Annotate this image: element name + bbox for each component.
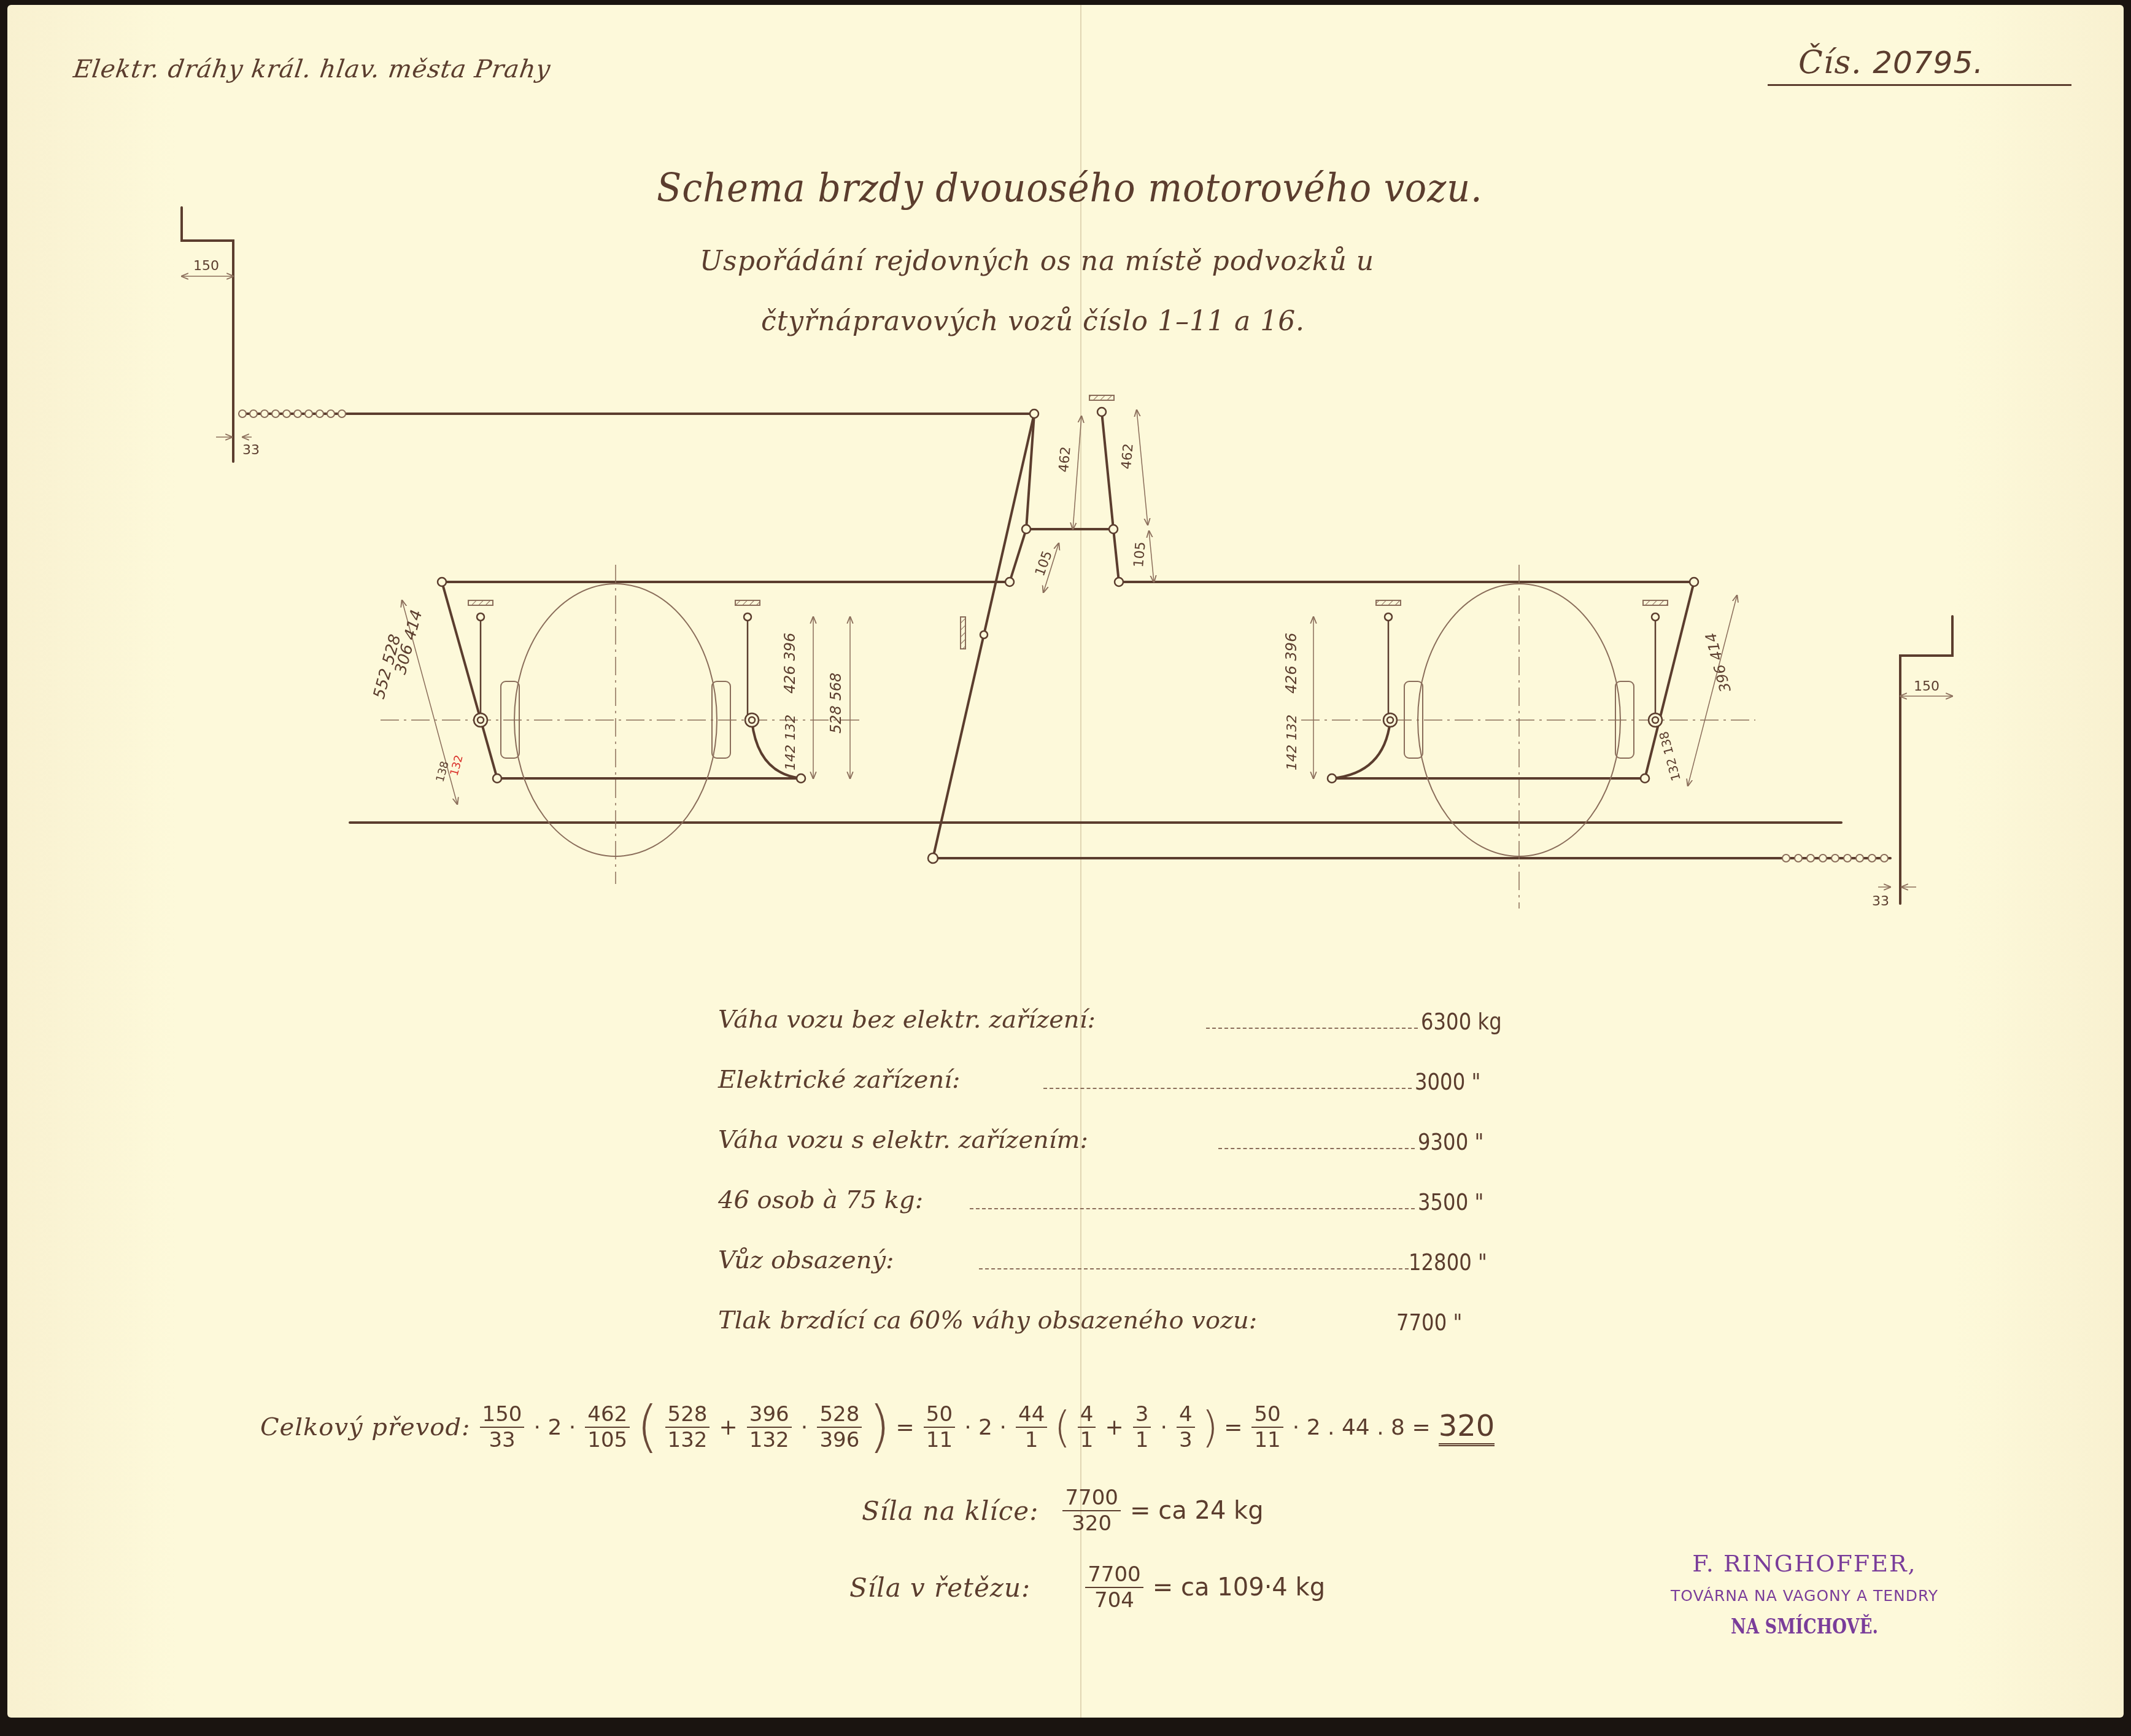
weight-row: Vůz obsazený: 12800 ": [718, 1241, 1528, 1301]
leader-dots: [1206, 1028, 1418, 1029]
fraction: 7700704: [1085, 1562, 1143, 1613]
fraction: 528132: [665, 1402, 710, 1452]
dim-150-right: 150: [1914, 679, 1940, 694]
weight-label: Váha vozu bez elektr. zařízení:: [718, 1006, 1096, 1034]
weight-label: Tlak brzdící ca 60% váhy obsazeného vozu…: [718, 1306, 1257, 1335]
force-label: Síla na klíce:: [862, 1496, 1038, 1526]
svg-text:426 396: 426 396: [781, 633, 799, 694]
fraction: 7700320: [1062, 1486, 1121, 1536]
fraction: 441: [1016, 1402, 1047, 1452]
weight-row: Elektrické zařízení: 3000 ": [718, 1061, 1528, 1121]
dim-150-left: 150: [193, 258, 219, 274]
svg-text:142 132: 142 132: [1285, 715, 1300, 770]
force-label: Síla v řetězu:: [849, 1573, 1031, 1603]
total-ratio-formula: Celkový převod: 15033 · 2 · 462105 ( 528…: [258, 1400, 1497, 1473]
weight-label: Váha vozu s elektr. zařízením:: [718, 1126, 1088, 1154]
weight-value: 7700 ": [1396, 1309, 1462, 1336]
svg-text:396 414: 396 414: [1702, 631, 1735, 694]
dim-33-right: 33: [1872, 894, 1889, 909]
weight-row: Tlak brzdící ca 60% váhy obsazeného vozu…: [718, 1301, 1528, 1362]
stamp-company-name: F. RINGHOFFER,: [1682, 1550, 1927, 1577]
leader-dots: [970, 1208, 1415, 1209]
svg-text:462: 462: [1056, 446, 1074, 473]
weight-value: 12800 ": [1409, 1249, 1487, 1276]
svg-text:142 132: 142 132: [783, 715, 799, 770]
leader-dots: [1043, 1088, 1412, 1089]
dim-33-left: 33: [242, 443, 260, 458]
svg-text:132 138: 132 138: [1656, 730, 1684, 783]
fraction: 462105: [585, 1402, 630, 1452]
weight-label: Elektrické zařízení:: [718, 1066, 961, 1094]
fraction: 31: [1133, 1402, 1151, 1452]
fraction: 528396: [817, 1402, 862, 1452]
force-on-key: Síla na klíce: 7700320 = ca 24 kg: [859, 1486, 1266, 1536]
weight-table: Váha vozu bez elektr. zařízení: 6300 kg …: [718, 1001, 1528, 1362]
formula-label: Celkový převod:: [260, 1413, 470, 1441]
weight-value: 3000 ": [1415, 1068, 1480, 1095]
svg-text:528 568: 528 568: [827, 673, 845, 734]
svg-text:462: 462: [1119, 443, 1137, 470]
fraction: 5011: [924, 1402, 955, 1452]
fraction: 5011: [1251, 1402, 1283, 1452]
leader-dots: [1218, 1148, 1415, 1149]
force-result: = ca 24 kg: [1130, 1497, 1264, 1525]
weight-value: 3500 ": [1418, 1188, 1483, 1215]
force-result: = ca 109·4 kg: [1153, 1573, 1325, 1602]
svg-text:105: 105: [1131, 541, 1149, 568]
leader-dots: [979, 1268, 1409, 1269]
svg-text:426 396: 426 396: [1283, 633, 1300, 694]
weight-label: Vůz obsazený:: [718, 1246, 894, 1274]
left-hand-lever: [182, 207, 1034, 462]
svg-text:105: 105: [1032, 549, 1056, 578]
weight-row: 46 osob à 75 kg: 3500 ": [718, 1181, 1528, 1241]
fraction: 15033: [480, 1402, 525, 1452]
weight-label: 46 osob à 75 kg:: [718, 1186, 923, 1214]
ratio-result: 320: [1439, 1409, 1495, 1446]
fraction: 41: [1078, 1402, 1096, 1452]
weight-row: Váha vozu bez elektr. zařízení: 6300 kg: [718, 1001, 1528, 1061]
fraction: 396132: [747, 1402, 792, 1452]
stamp-company-subtitle: TOVÁRNA NA VAGONY A TENDRY: [1633, 1587, 1976, 1605]
fraction: 43: [1177, 1402, 1195, 1452]
brake-schematic: 150 33 150 33 462 462 105 105 552 528 30…: [0, 0, 2131, 1736]
weight-value: 6300 kg: [1421, 1008, 1502, 1035]
weight-row: Váha vozu s elektr. zařízením: 9300 ": [718, 1121, 1528, 1181]
force-in-chain: Síla v řetězu: 7700704 = ca 109·4 kg: [847, 1562, 1328, 1613]
stamp-location: NA SMÍCHOVĚ.: [1706, 1614, 1903, 1639]
weight-value: 9300 ": [1418, 1128, 1483, 1155]
svg-text:132: 132: [448, 754, 466, 778]
